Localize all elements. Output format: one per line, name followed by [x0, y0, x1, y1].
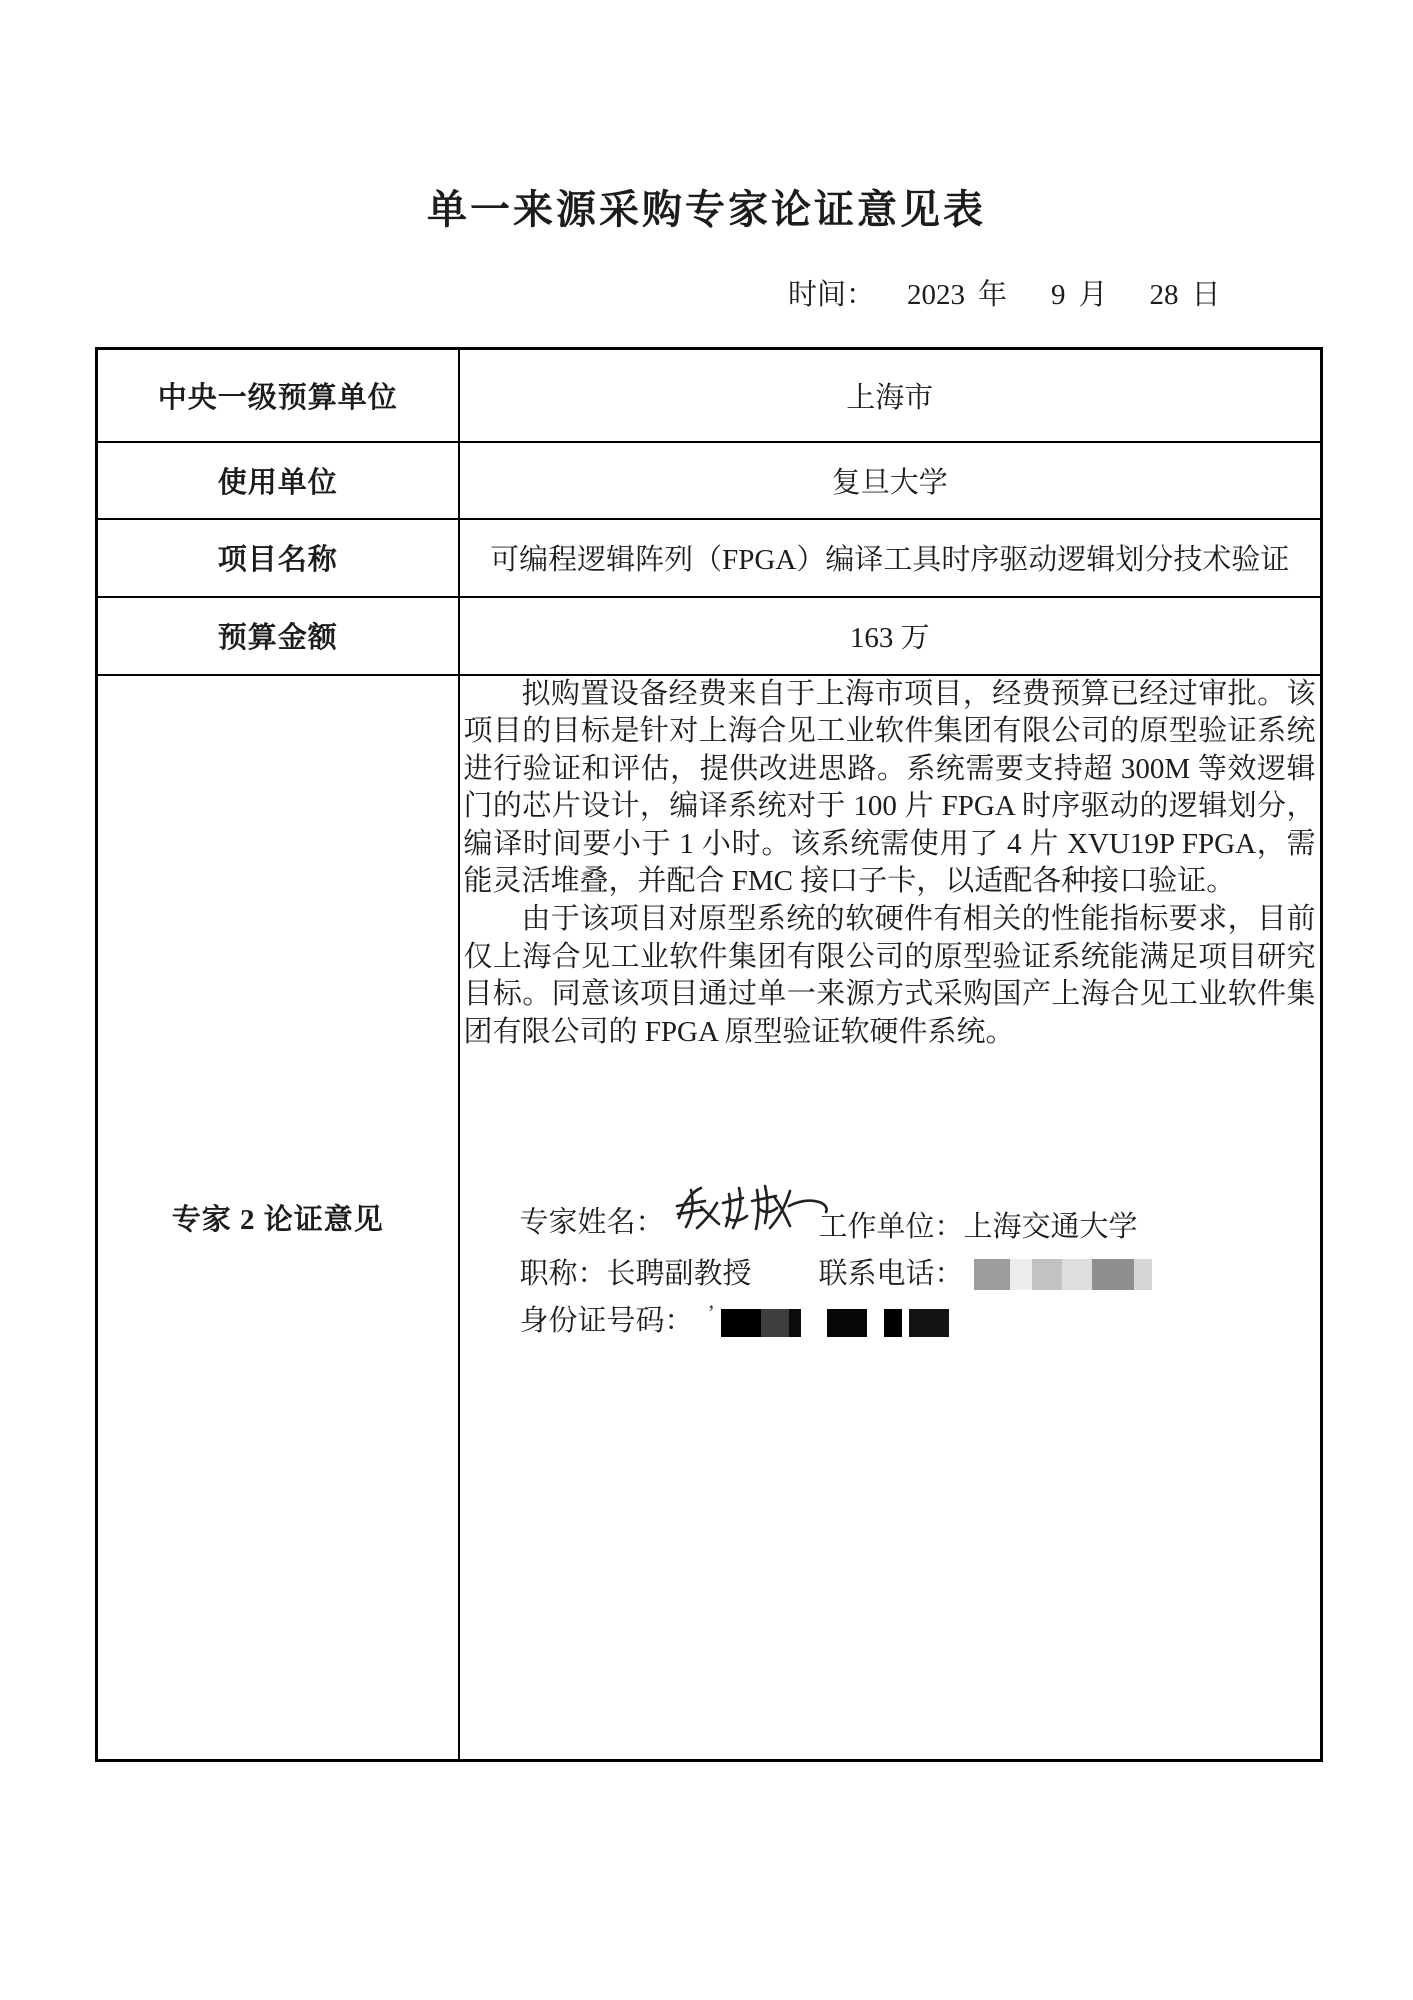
stray-pen-mark: ’ — [708, 1300, 715, 1326]
date-month: 9 — [1051, 279, 1066, 311]
date-day: 28 — [1150, 279, 1179, 311]
row-label-using-unit: 使用单位 — [97, 442, 459, 519]
date-line: 时间：2023年9月28日 — [788, 272, 1221, 313]
document-page: 单一来源采购专家论证意见表 时间：2023年9月28日 中央一级预算单位 上海市… — [0, 0, 1413, 2000]
row-value-project-name: 可编程逻辑阵列（FPGA）编译工具时序驱动逻辑划分技术验证 — [459, 519, 1322, 597]
id-label: 身份证号码： — [520, 1305, 694, 1337]
opinion-cell: 拟购置设备经费来自于上海市项目，经费预算已经过审批。该项目的目标是针对上海合见工… — [459, 675, 1322, 1761]
title-value: 长聘副教授 — [607, 1258, 752, 1290]
table-row-using-unit: 使用单位 复旦大学 — [97, 442, 1322, 519]
table-row-budget-unit: 中央一级预算单位 上海市 — [97, 349, 1322, 442]
date-day-unit: 日 — [1192, 279, 1221, 311]
phone-redaction — [974, 1259, 1152, 1290]
date-label: 时间： — [788, 279, 875, 311]
date-year: 2023 — [907, 279, 965, 311]
table-row-budget-amount: 预算金额 163 万 — [97, 597, 1322, 675]
date-month-unit: 月 — [1079, 279, 1108, 311]
opinion-label: 专家 2 论证意见 — [97, 675, 459, 1761]
handwritten-signature-icon — [669, 1176, 837, 1242]
row-label-budget-unit: 中央一级预算单位 — [97, 349, 459, 442]
signature-row-name: 专家姓名： — [520, 1201, 1317, 1248]
opinion-text: 拟购置设备经费来自于上海市项目，经费预算已经过审批。该项目的目标是针对上海合见工… — [464, 676, 1316, 1052]
title-label: 职称： — [520, 1258, 607, 1290]
signature-row-title-phone: 职称：长聘副教授 联系电话： — [520, 1248, 1317, 1295]
row-label-project-name: 项目名称 — [97, 519, 459, 597]
document-title: 单一来源采购专家论证意见表 — [0, 178, 1413, 235]
opinion-paragraph-1: 拟购置设备经费来自于上海市项目，经费预算已经过审批。该项目的目标是针对上海合见工… — [464, 676, 1316, 902]
signature-row-id: 身份证号码：’ — [520, 1295, 1317, 1342]
id-redaction — [721, 1309, 949, 1337]
workplace-value: 上海交通大学 — [964, 1211, 1138, 1243]
date-year-unit: 年 — [978, 279, 1007, 311]
workplace-label: 工作单位： — [819, 1211, 964, 1243]
phone-label: 联系电话： — [819, 1258, 964, 1290]
opinion-paragraph-2: 由于该项目对原型系统的软硬件有相关的性能指标要求，目前仅上海合见工业软件集团有限… — [464, 901, 1316, 1051]
table-row-expert-opinion: 专家 2 论证意见 拟购置设备经费来自于上海市项目，经费预算已经过审批。该项目的… — [97, 675, 1322, 1761]
table-row-project-name: 项目名称 可编程逻辑阵列（FPGA）编译工具时序驱动逻辑划分技术验证 — [97, 519, 1322, 597]
signature-block: 专家姓名： — [520, 1201, 1317, 1342]
row-label-budget-amount: 预算金额 — [97, 597, 459, 675]
row-value-using-unit: 复旦大学 — [459, 442, 1322, 519]
expert-name-label: 专家姓名： — [520, 1207, 665, 1239]
row-value-budget-amount: 163 万 — [459, 597, 1322, 675]
row-value-budget-unit: 上海市 — [459, 349, 1322, 442]
form-table: 中央一级预算单位 上海市 使用单位 复旦大学 项目名称 可编程逻辑阵列（FPGA… — [95, 347, 1323, 1762]
